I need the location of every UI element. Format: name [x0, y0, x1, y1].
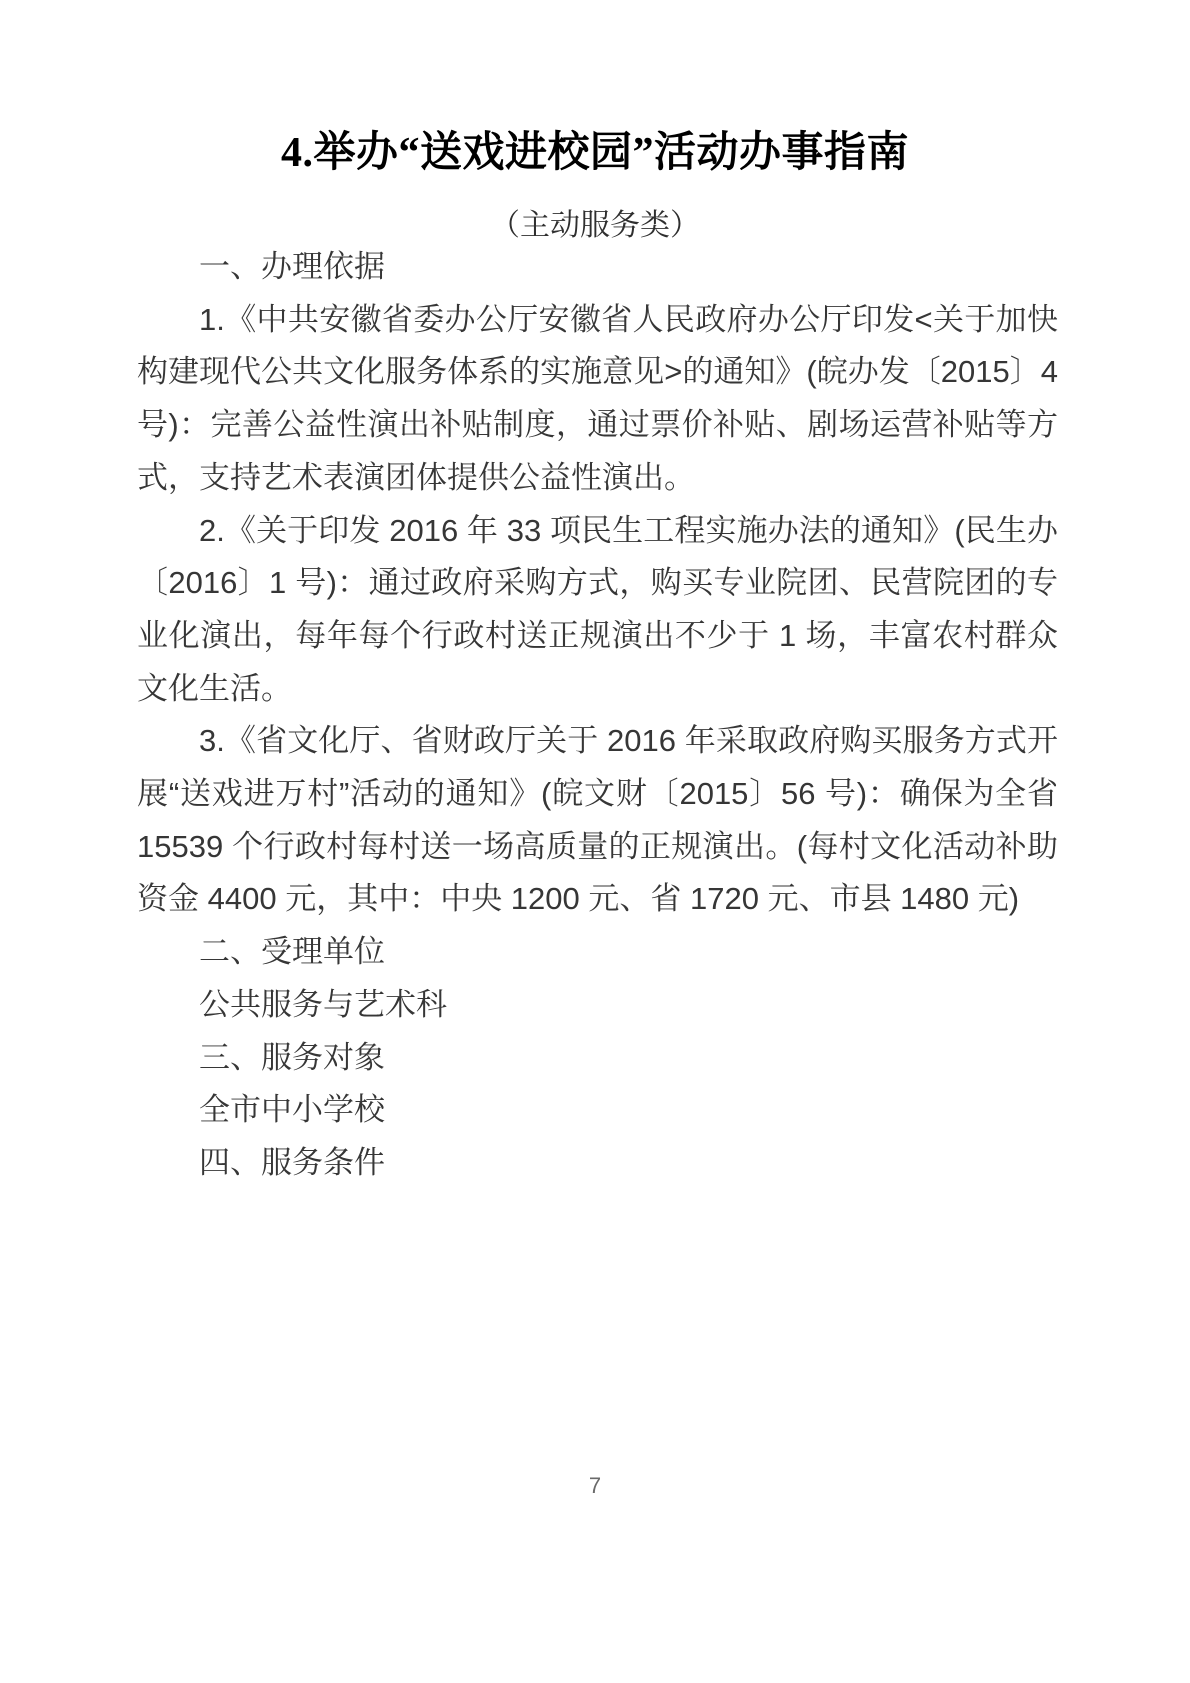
section-heading-service-target: 三、服务对象: [137, 1032, 1058, 1085]
section-heading-accepting-unit: 二、受理单位: [137, 926, 1058, 979]
section-heading-service-conditions: 四、服务条件: [137, 1137, 1058, 1190]
page-number: 7: [0, 1471, 1190, 1501]
document-page: 4.举办“送戏进校园”活动办事指南 （主动服务类） 一、办理依据 1.《中共安徽…: [0, 0, 1190, 1683]
paragraph-service-target: 全市中小学校: [137, 1084, 1058, 1137]
section-heading-basis: 一、办理依据: [137, 241, 1058, 294]
document-body: 一、办理依据 1.《中共安徽省委办公厅安徽省人民政府办公厅印发<关于加快构建现代…: [137, 241, 1058, 1190]
paragraph-basis-item-3: 3.《省文化厅、省财政厅关于 2016 年采取政府购买服务方式开展“送戏进万村”…: [137, 715, 1058, 926]
paragraph-basis-item-2: 2.《关于印发 2016 年 33 项民生工程实施办法的通知》(民生办〔2016…: [137, 505, 1058, 716]
paragraph-basis-item-1: 1.《中共安徽省委办公厅安徽省人民政府办公厅印发<关于加快构建现代公共文化服务体…: [137, 294, 1058, 505]
paragraph-accepting-unit: 公共服务与艺术科: [137, 979, 1058, 1032]
document-title: 4.举办“送戏进校园”活动办事指南: [0, 124, 1190, 182]
